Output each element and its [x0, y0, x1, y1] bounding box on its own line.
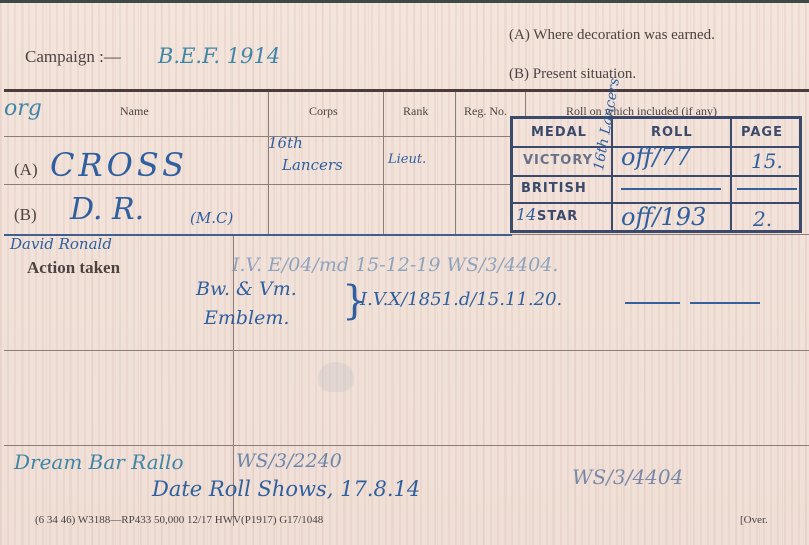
grid-line	[455, 92, 456, 234]
action-taken-label: Action taken	[27, 258, 120, 278]
stamp-divider	[513, 175, 799, 177]
footer-print-code: (6 34 46) W3188—RP433 50,000 12/17 HWV(P…	[35, 514, 323, 526]
column-header-name: Name	[120, 104, 149, 119]
row-a-prefix: (A)	[14, 160, 38, 180]
name-rule	[512, 234, 809, 235]
grid-line	[525, 92, 526, 116]
stamp-header-page: PAGE	[741, 125, 783, 140]
stamp-medal-victory: VICTORY	[523, 153, 593, 168]
campaign-value: B.E.F. 1914	[158, 44, 280, 68]
stamp-star-prefix: 14	[516, 205, 536, 224]
campaign-label: Campaign :—	[25, 47, 121, 67]
action-dash	[625, 302, 680, 304]
watermark-mark	[318, 362, 354, 392]
date-roll-note: Date Roll Shows, 17.8.14	[152, 477, 420, 501]
grid-line	[4, 184, 510, 185]
corps-line-2: Lancers	[282, 156, 343, 174]
action-bracket-line-1: Bw. & Vm.	[196, 278, 297, 300]
column-header-corps: Corps	[309, 104, 338, 119]
page-victory: 15.	[751, 149, 783, 173]
stamp-header-medal: MEDAL	[531, 125, 587, 140]
action-dash	[690, 302, 760, 304]
full-name: David Ronald	[10, 235, 112, 253]
clasp-note: Dream Bar Rallo	[14, 450, 184, 474]
header-rule	[4, 89, 809, 92]
footer-over: [Over.	[740, 514, 768, 526]
action-faint-entry: I.V. E/04/md 15-12-19 WS/3/4404.	[232, 254, 558, 276]
rank-value: Lieut.	[388, 152, 426, 167]
surname: CROSS	[50, 146, 188, 184]
initials: D. R.	[70, 192, 144, 227]
roll-victory: off/77	[621, 143, 691, 171]
page-star: 2.	[753, 207, 772, 231]
page-british-dash	[737, 188, 797, 190]
stamp-medal-british: BRITISH	[521, 181, 587, 196]
column-header-rank: Rank	[403, 104, 428, 119]
corps-line-1: 16th	[268, 134, 303, 152]
stamp-medal-star: STAR	[537, 209, 578, 224]
section-rule	[4, 350, 809, 351]
grid-line	[4, 136, 510, 137]
column-header-reg-no: Reg. No.	[464, 104, 507, 119]
roll-british-dash	[621, 188, 721, 190]
section-rule	[4, 445, 809, 446]
ws-reference-1: WS/3/2240	[236, 450, 342, 472]
ws-reference-2: WS/3/4404	[572, 465, 683, 489]
decoration-note: (M.C)	[190, 209, 233, 227]
grid-line	[268, 92, 269, 234]
medal-roll-stamp: MEDAL ROLL PAGE VICTORY BRITISH STAR 14 …	[510, 116, 802, 233]
row-b-prefix: (B)	[14, 205, 37, 225]
card-top-edge	[0, 0, 809, 3]
stamp-header-roll: ROLL	[651, 125, 693, 140]
margin-note: org	[4, 96, 42, 121]
medal-index-card: Campaign :— B.E.F. 1914 (A) Where decora…	[0, 0, 809, 545]
action-main-entry: I.V.X/1851.d/15.11.20.	[360, 289, 562, 310]
legend-a: (A) Where decoration was earned.	[509, 27, 715, 44]
grid-line	[383, 92, 384, 234]
roll-star: off/193	[621, 203, 706, 231]
action-bracket-line-2: Emblem.	[204, 307, 289, 329]
